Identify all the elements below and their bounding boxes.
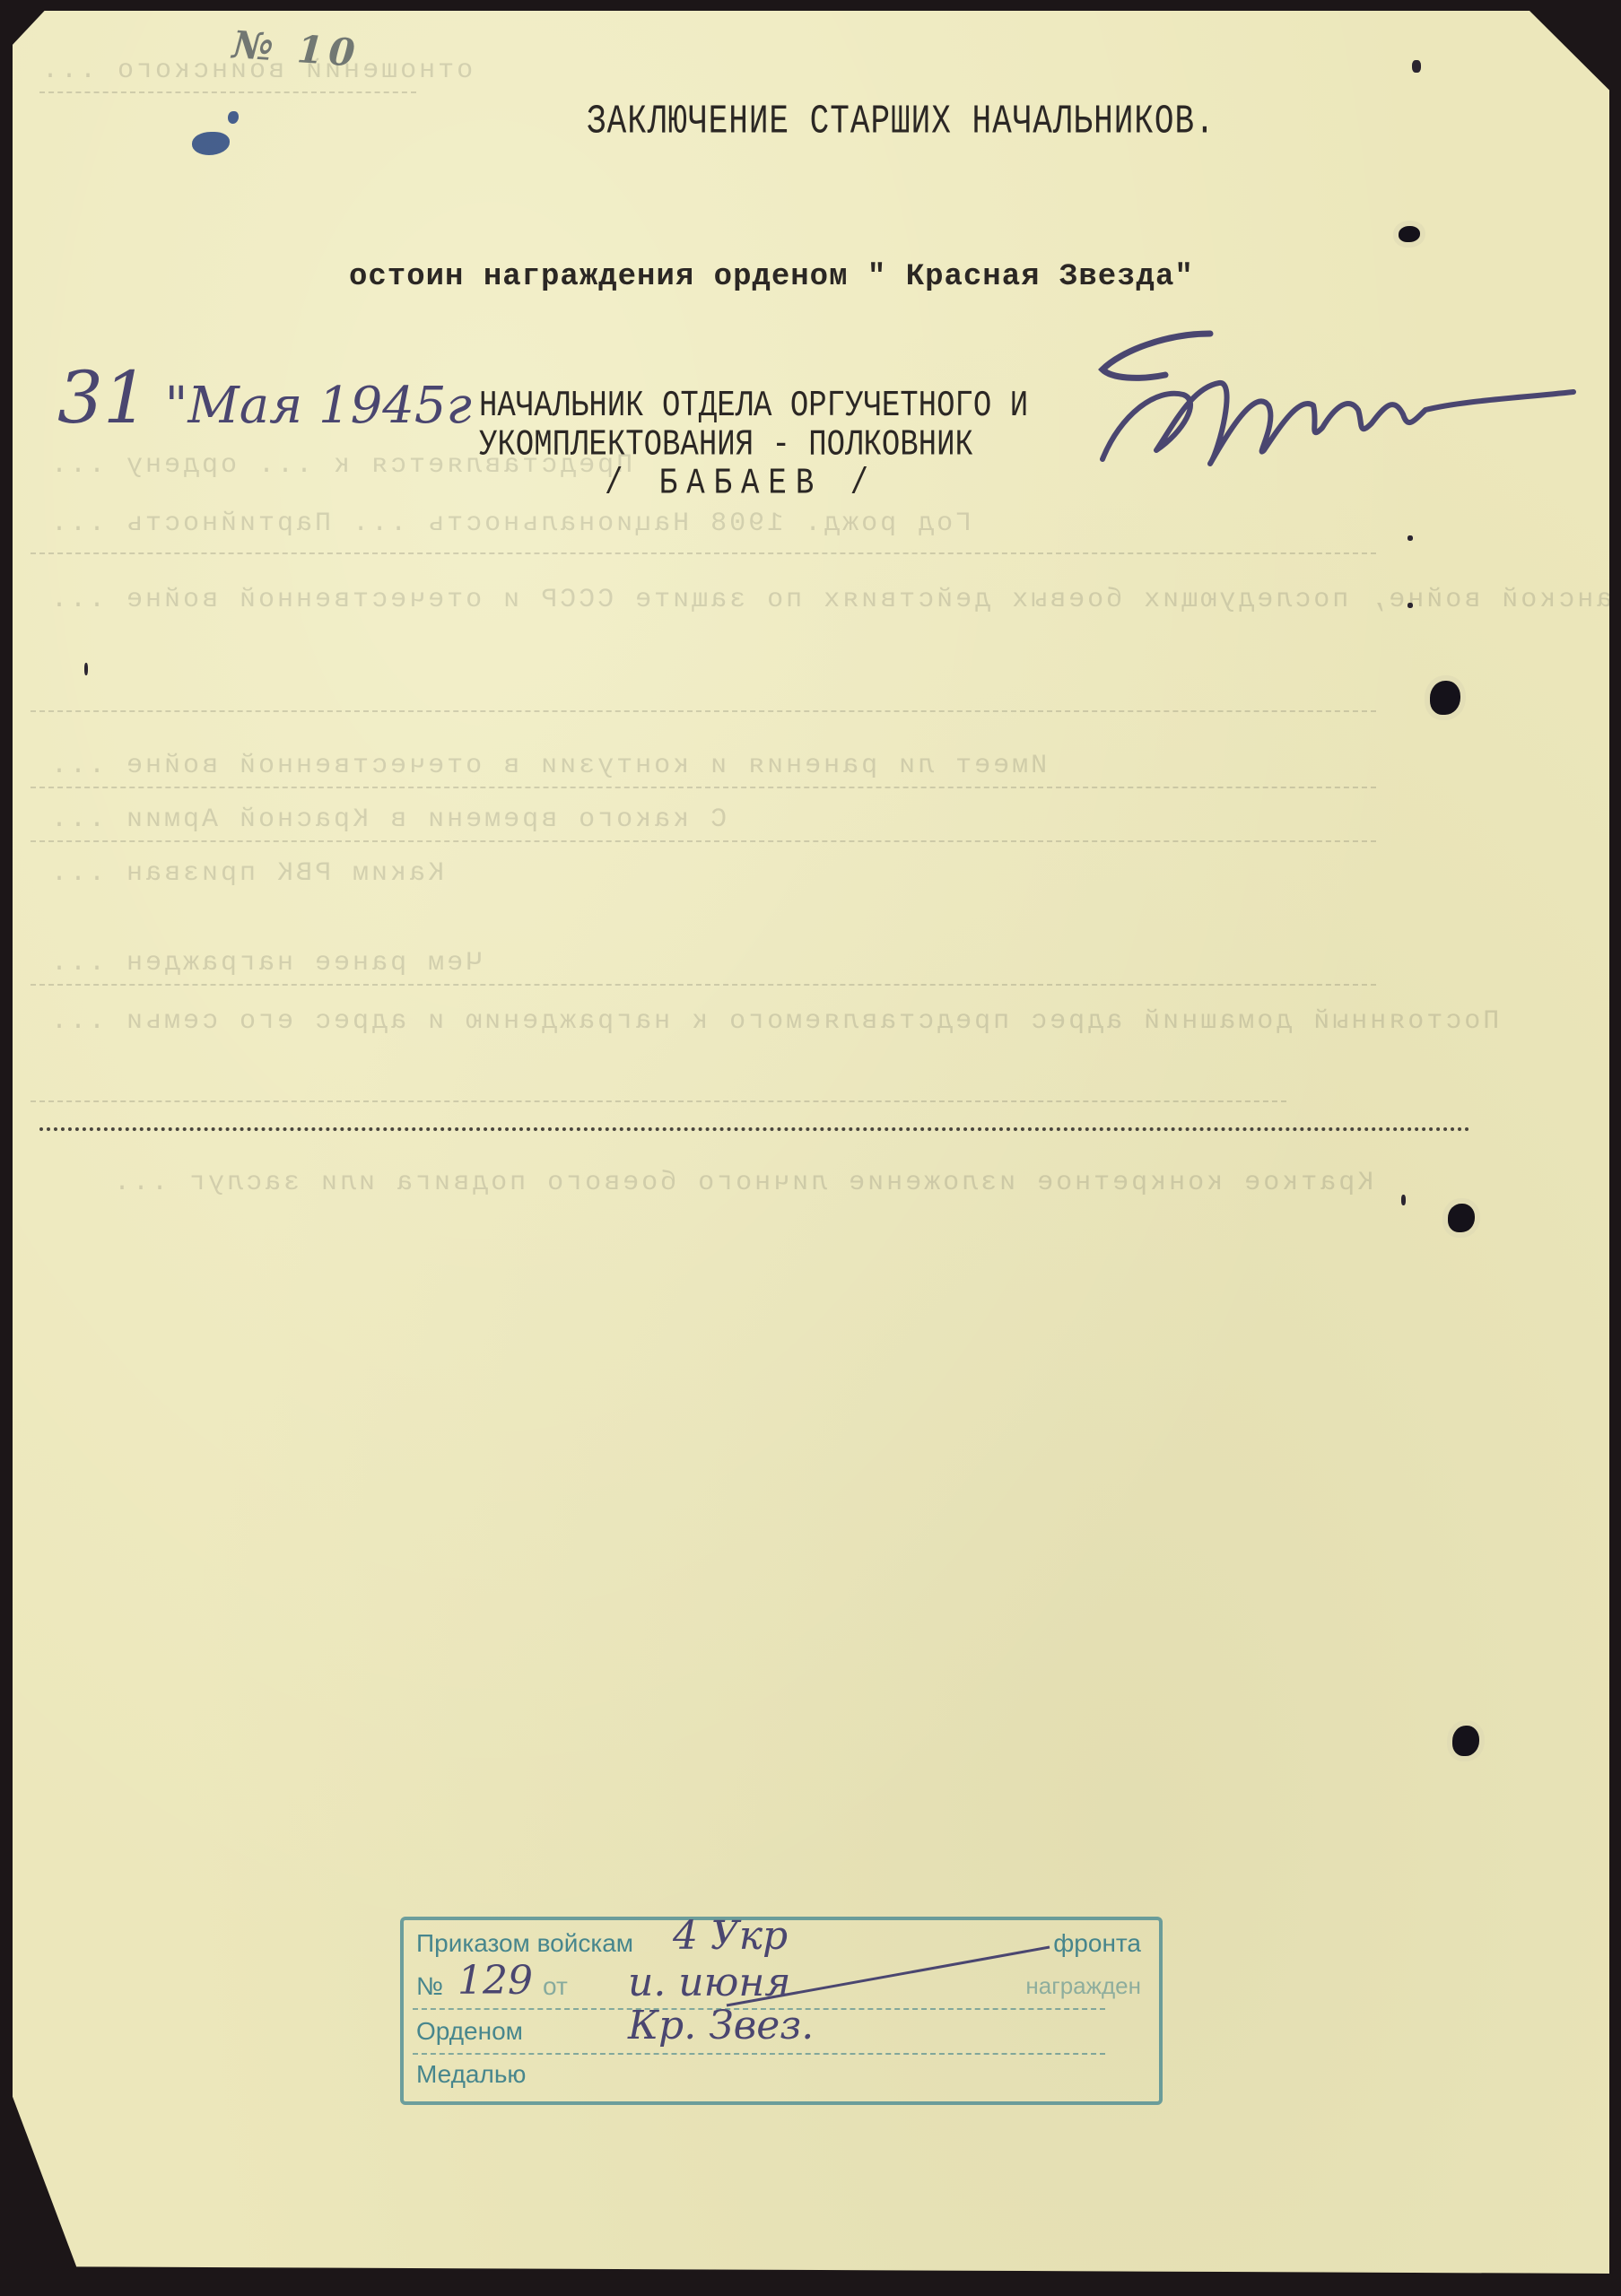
- stamp-number-row: №: [416, 1972, 443, 2001]
- stamp-number-sign: №: [416, 1972, 443, 2000]
- corner-archive-number: № 10: [231, 22, 362, 75]
- bleed-through-rule: [39, 91, 416, 93]
- stamp-rule: [413, 2053, 1105, 2055]
- signature-icon: [1085, 316, 1587, 486]
- bleed-through-line: Год рожд. 1908 Национальность ... Партий…: [48, 509, 972, 539]
- bleed-through-rule: [31, 840, 1376, 842]
- dotted-separator: [39, 1127, 1470, 1131]
- bleed-through-line: Краткое конкретное изложение личного бое…: [111, 1168, 1373, 1198]
- bleed-through-rule: [31, 710, 1376, 712]
- ink-blot: [192, 132, 230, 155]
- stamp-order-label: Приказом войскам: [416, 1929, 633, 1958]
- stamp-pen-stroke: [718, 1938, 1059, 2010]
- bleed-through-rule: [31, 1100, 1286, 1102]
- date-month-year: "Мая 1945г: [165, 377, 472, 435]
- stamp-from-label: от: [543, 1972, 568, 2001]
- stamp-medal-field-label: Медалью: [416, 2060, 526, 2089]
- document-sheet: отношений воинского ... Представляется к…: [13, 11, 1609, 2278]
- bleed-through-line: Чем ранее награжден ...: [48, 948, 482, 978]
- paper-speck: [84, 663, 88, 675]
- bleed-through-line: Участие в гражданской войне, последующих…: [48, 585, 1621, 615]
- bleed-through-line: Имеет ли ранения и контузии в отечествен…: [48, 751, 1047, 781]
- binder-hole: [1452, 1726, 1479, 1756]
- page-title: ЗАКЛЮЧЕНИЕ СТАРШИХ НАЧАЛЬНИКОВ.: [587, 99, 1216, 144]
- conclusion-text: остоин награждения орденом " Красная Зве…: [349, 260, 1194, 294]
- binder-hole: [1430, 681, 1460, 715]
- signatory-title-line1: НАЧАЛЬНИК ОТДЕЛА ОРГУЧЕТНОГО И: [479, 387, 1028, 426]
- bleed-through-rule: [31, 984, 1376, 986]
- signatory-name: / БАБАЕВ /: [479, 465, 1028, 503]
- ink-blot: [228, 111, 239, 124]
- paper-speck: [1412, 60, 1421, 73]
- bleed-through-line: Каким РВК призван ...: [48, 858, 444, 889]
- paper-speck: [1401, 1195, 1406, 1205]
- stamp-order-number: 129: [458, 1958, 533, 2004]
- stamp-order-field-label: Орденом: [416, 2017, 523, 2046]
- signatory-title-line2: УКОМПЛЕКТОВАНИЯ - ПОЛКОВНИК: [479, 426, 1028, 465]
- date-day: 31: [57, 356, 149, 439]
- bleed-through-rule: [31, 787, 1376, 788]
- binder-hole: [1448, 1204, 1475, 1232]
- award-order-stamp: Приказом войскам 4 Укр фронта № 129 от и…: [400, 1917, 1163, 2105]
- stamp-front-suffix: фронта: [1053, 1929, 1141, 1958]
- binder-hole: [1399, 226, 1420, 242]
- bleed-through-line: С какого времени в Красной Армии ...: [48, 804, 727, 835]
- bleed-through-rule: [31, 552, 1376, 554]
- paper-speck: [1407, 535, 1413, 541]
- signatory-block: НАЧАЛЬНИК ОТДЕЛА ОРГУЧЕТНОГО И УКОМПЛЕКТ…: [479, 387, 1028, 504]
- bleed-through-line: Постоянный домашний адрес представляемог…: [48, 1006, 1499, 1037]
- paper-speck: [1407, 603, 1413, 608]
- handwritten-date: 31 "Мая 1945г: [57, 356, 472, 439]
